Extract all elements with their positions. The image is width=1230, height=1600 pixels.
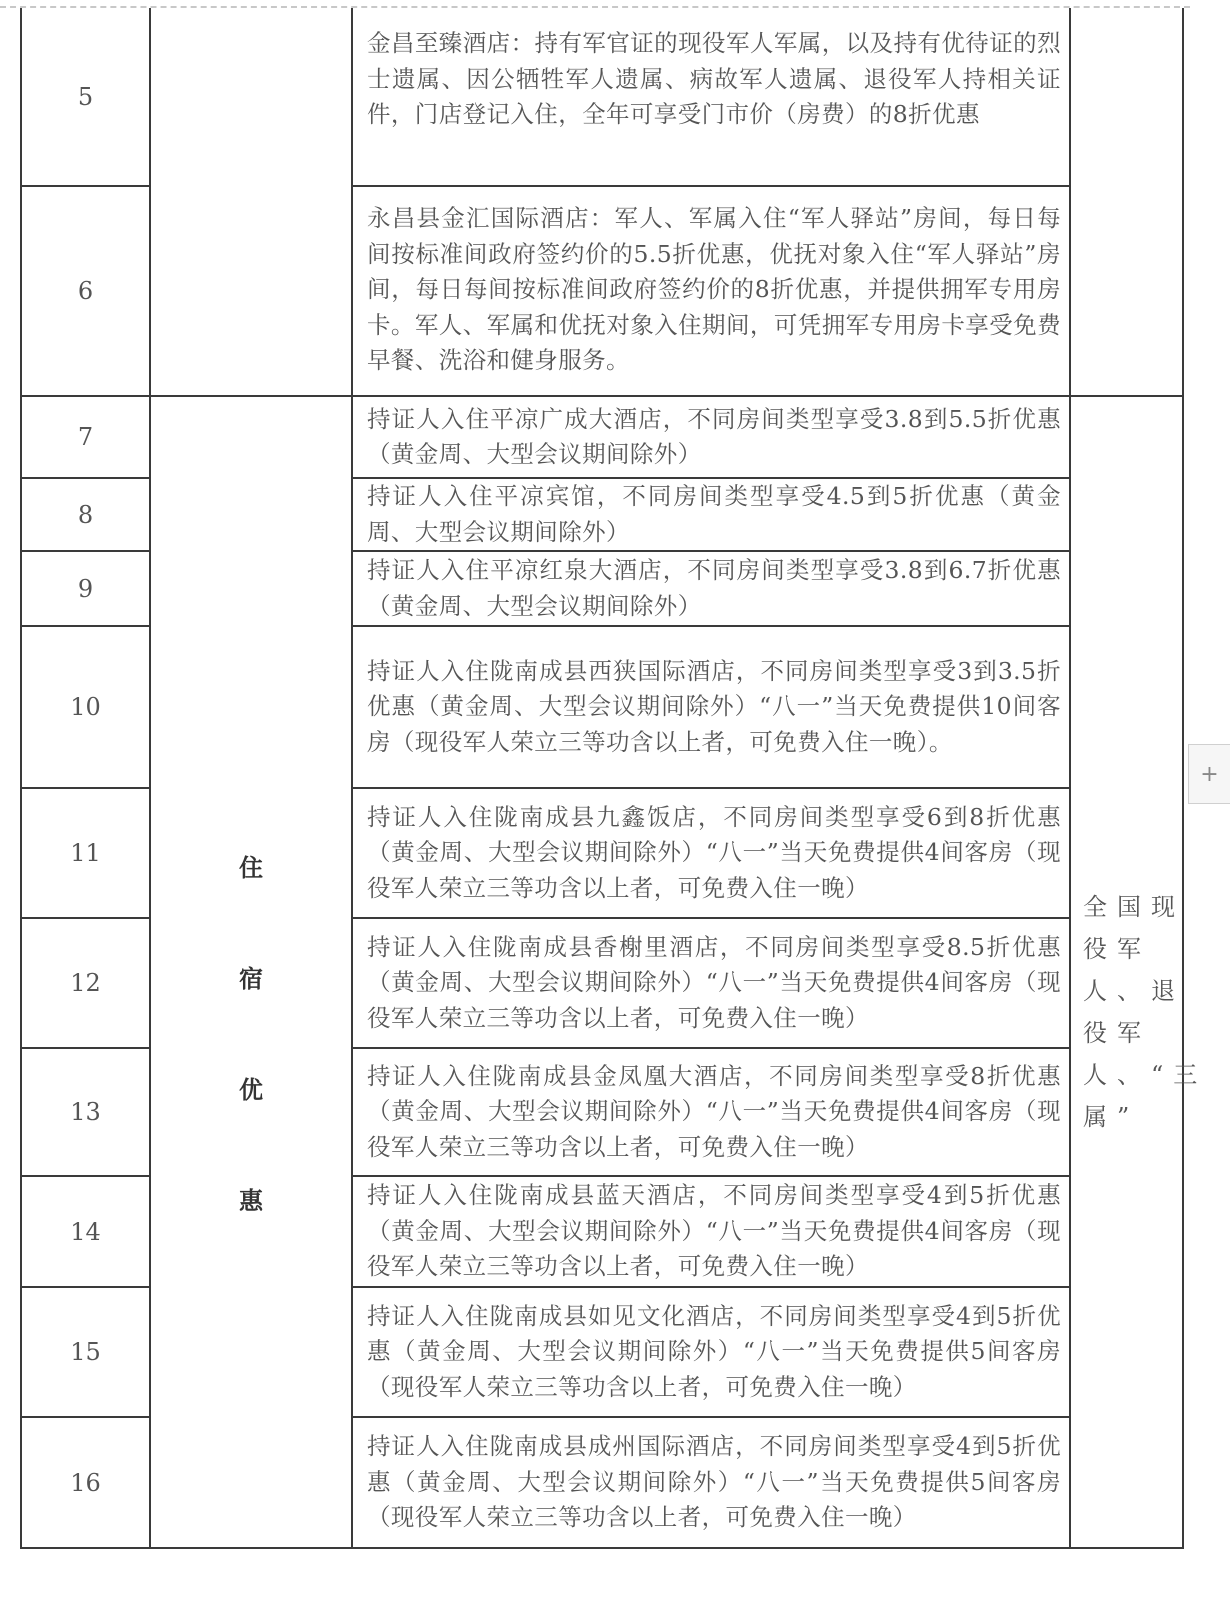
description-cell: 持证人入住陇南成县九鑫饭店，不同房间类型享受6到8折优惠（黄金周、大型会议期间除… (353, 789, 1069, 917)
row-number-cell: 13 (22, 1049, 149, 1175)
row-number-cell: 6 (22, 187, 149, 395)
description-text: 金昌至臻酒店：持有军官证的现役军人军属，以及持有优待证的烈士遗属、因公牺牲军人遗… (367, 26, 1061, 133)
description-cell: 持证人入住陇南成县如见文化酒店，不同房间类型享受4到5折优惠（黄金周、大型会议期… (353, 1288, 1069, 1416)
target-group-text: 全国现役军人、退役军人、“三属” (1083, 886, 1207, 1138)
row-number: 6 (78, 277, 93, 305)
category-char: 惠 (239, 1181, 263, 1216)
description-cell: 持证人入住平凉广成大酒店，不同房间类型享受3.8到5.5折优惠（黄金周、大型会议… (353, 397, 1069, 477)
row-number-cell: 9 (22, 552, 149, 625)
side-expand-handle[interactable]: + (1188, 744, 1230, 804)
row-number-cell: 16 (22, 1418, 149, 1547)
row-number: 9 (78, 575, 93, 603)
category-char: 住 (239, 848, 263, 883)
row-number-cell: 15 (22, 1288, 149, 1416)
description-cell: 持证人入住平凉宾馆，不同房间类型享受4.5到5折优惠（黄金周、大型会议期间除外） (353, 479, 1069, 550)
row-number-cell: 12 (22, 919, 149, 1047)
row-number: 13 (70, 1098, 101, 1126)
table-border-right (1182, 8, 1184, 1549)
row-number-cell: 5 (22, 8, 149, 185)
row-number: 7 (78, 423, 93, 451)
description-text: 持证人入住陇南成县香榭里酒店，不同房间类型享受8.5折优惠（黄金周、大型会议期间… (367, 930, 1061, 1037)
category-char: 宿 (239, 959, 263, 994)
row-number: 10 (70, 693, 101, 721)
target-group-cell: 全国现役军人、退役军人、“三属” (1071, 397, 1182, 1547)
description-text: 持证人入住陇南成县九鑫饭店，不同房间类型享受6到8折优惠（黄金周、大型会议期间除… (367, 800, 1061, 907)
plus-icon: + (1200, 762, 1218, 787)
description-cell: 持证人入住陇南成县成州国际酒店，不同房间类型享受4到5折优惠（黄金周、大型会议期… (353, 1418, 1069, 1547)
description-cell: 金昌至臻酒店：持有军官证的现役军人军属，以及持有优待证的烈士遗属、因公牺牲军人遗… (353, 8, 1069, 185)
description-cell: 持证人入住陇南成县蓝天酒店，不同房间类型享受4到5折优惠（黄金周、大型会议期间除… (353, 1177, 1069, 1286)
description-cell: 持证人入住平凉红泉大酒店，不同房间类型享受3.8到6.7折优惠（黄金周、大型会议… (353, 552, 1069, 625)
row-number-cell: 11 (22, 789, 149, 917)
row-number: 12 (70, 969, 101, 997)
table-border-bottom (20, 1547, 1184, 1549)
description-text: 持证人入住陇南成县西狭国际酒店，不同房间类型享受3到3.5折优惠（黄金周、大型会… (367, 654, 1061, 761)
description-text: 持证人入住平凉红泉大酒店，不同房间类型享受3.8到6.7折优惠（黄金周、大型会议… (367, 553, 1061, 624)
row-number: 5 (78, 83, 93, 111)
row-number: 16 (70, 1469, 101, 1497)
description-text: 持证人入住陇南成县成州国际酒店，不同房间类型享受4到5折优惠（黄金周、大型会议期… (367, 1429, 1061, 1536)
description-text: 持证人入住平凉广成大酒店，不同房间类型享受3.8到5.5折优惠（黄金周、大型会议… (367, 402, 1061, 473)
row-number: 11 (70, 839, 101, 867)
row-number-cell: 8 (22, 479, 149, 550)
description-cell: 持证人入住陇南成县西狭国际酒店，不同房间类型享受3到3.5折优惠（黄金周、大型会… (353, 627, 1069, 787)
row-number: 15 (70, 1338, 101, 1366)
description-cell: 持证人入住陇南成县香榭里酒店，不同房间类型享受8.5折优惠（黄金周、大型会议期间… (353, 919, 1069, 1047)
row-number: 8 (78, 501, 93, 529)
description-text: 持证人入住陇南成县蓝天酒店，不同房间类型享受4到5折优惠（黄金周、大型会议期间除… (367, 1178, 1061, 1285)
category-char: 优 (239, 1070, 263, 1105)
row-number: 14 (70, 1218, 101, 1246)
row-number-cell: 7 (22, 397, 149, 477)
description-cell: 永昌县金汇国际酒店：军人、军属入住“军人驿站”房间，每日每间按标准间政府签约价的… (353, 187, 1069, 395)
description-cell: 持证人入住陇南成县金凤凰大酒店，不同房间类型享受8折优惠（黄金周、大型会议期间除… (353, 1049, 1069, 1175)
row-number-cell: 10 (22, 627, 149, 787)
description-text: 持证人入住陇南成县金凤凰大酒店，不同房间类型享受8折优惠（黄金周、大型会议期间除… (367, 1059, 1061, 1166)
row-number-cell: 14 (22, 1177, 149, 1286)
description-text: 永昌县金汇国际酒店：军人、军属入住“军人驿站”房间，每日每间按标准间政府签约价的… (367, 201, 1061, 379)
description-text: 持证人入住陇南成县如见文化酒店，不同房间类型享受4到5折优惠（黄金周、大型会议期… (367, 1299, 1061, 1406)
category-cell-accommodation-discount: 住 宿 优 惠 (151, 397, 351, 1547)
description-text: 持证人入住平凉宾馆，不同房间类型享受4.5到5折优惠（黄金周、大型会议期间除外） (367, 479, 1061, 550)
